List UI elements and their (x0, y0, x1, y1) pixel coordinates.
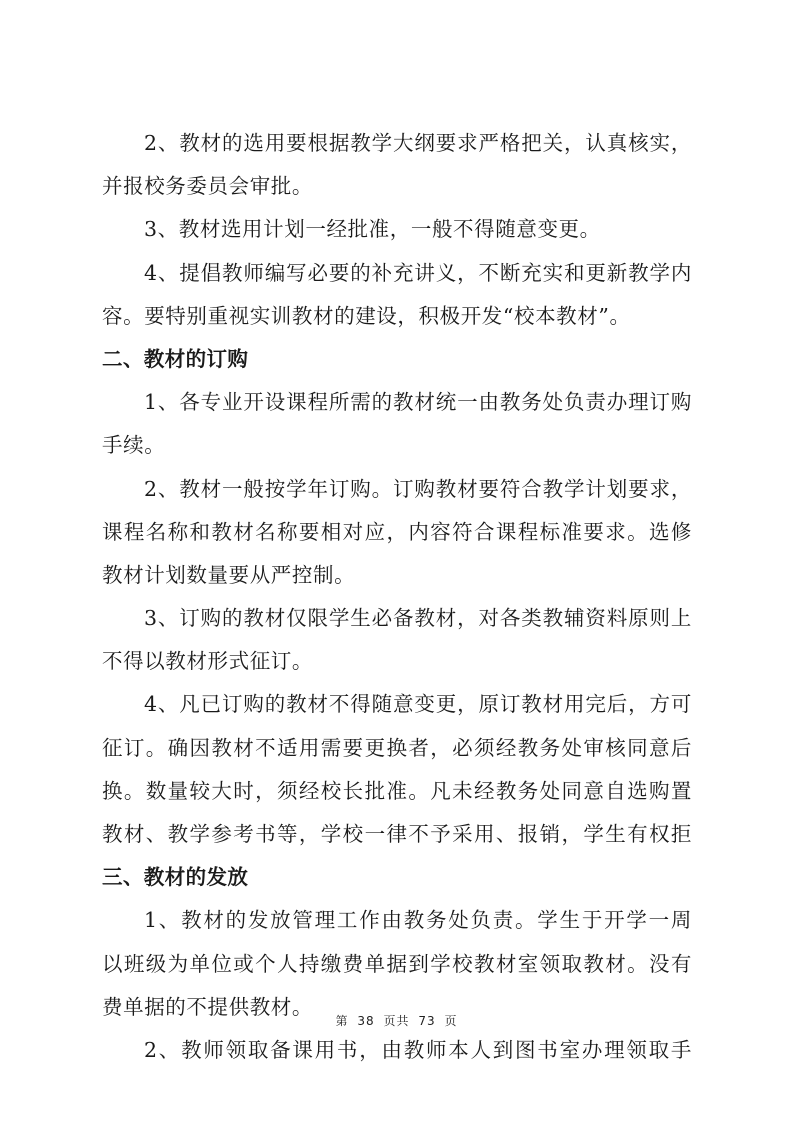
document-page: 2、教材的选用要根据教学大纲要求严格把关，认真核实， 并报校务委员会审批。 3、… (0, 0, 793, 1122)
paragraph-line: 3、订购的教材仅限学生必备教材，对各类教辅资料原则上 (102, 597, 692, 640)
paragraph-line: 2、教材一般按学年订购。订购教材要符合教学计划要求， (102, 468, 692, 511)
paragraph-line: 3、教材选用计划一经批准，一般不得随意变更。 (102, 208, 692, 251)
footer-suffix: 页 (444, 1014, 457, 1028)
paragraph-line: 手续。 (102, 424, 692, 467)
footer-middle: 页共 (383, 1014, 409, 1028)
section-heading: 二、教材的订购 (102, 338, 692, 381)
paragraph-line: 不得以教材形式征订。 (102, 640, 692, 683)
footer-prefix: 第 (336, 1014, 349, 1028)
paragraph-line: 1、教材的发放管理工作由教务处负责。学生于开学一周内， (102, 899, 692, 942)
paragraph-line: 容。要特别重视实训教材的建设，积极开发“校本教材”。 (102, 295, 692, 338)
paragraph-line: 并报校务委员会审批。 (102, 165, 692, 208)
paragraph-line: 课程名称和教材名称要相对应，内容符合课程标准要求。选修课 (102, 511, 692, 554)
document-body: 2、教材的选用要根据教学大纲要求严格把关，认真核实， 并报校务委员会审批。 3、… (102, 122, 692, 1072)
paragraph-line: 教材、教学参考书等，学校一律不予采用、报销，学生有权拒买。 (102, 813, 692, 856)
paragraph-line: 征订。确因教材不适用需要更换者，必须经教务处审核同意后更 (102, 727, 692, 770)
current-page-number: 38 (357, 1014, 374, 1028)
paragraph-line: 1、各专业开设课程所需的教材统一由教务处负责办理订购 (102, 381, 692, 424)
paragraph-line: 以班级为单位或个人持缴费单据到学校教材室领取教材。没有缴 (102, 943, 692, 986)
paragraph-line: 4、凡已订购的教材不得随意变更，原订教材用完后，方可 (102, 683, 692, 726)
total-page-count: 73 (418, 1014, 435, 1028)
paragraph-line: 2、教材的选用要根据教学大纲要求严格把关，认真核实， (102, 122, 692, 165)
page-footer: 第 38 页共 73 页 (0, 1012, 793, 1029)
section-heading: 三、教材的发放 (102, 856, 692, 899)
paragraph-line: 教材计划数量要从严控制。 (102, 554, 692, 597)
paragraph-line: 换。数量较大时，须经校长批准。凡未经教务处同意自选购置的 (102, 770, 692, 813)
paragraph-line: 4、提倡教师编写必要的补充讲义，不断充实和更新教学内 (102, 252, 692, 295)
paragraph-line: 2、教师领取备课用书，由教师本人到图书室办理领取手续。 (102, 1029, 692, 1072)
